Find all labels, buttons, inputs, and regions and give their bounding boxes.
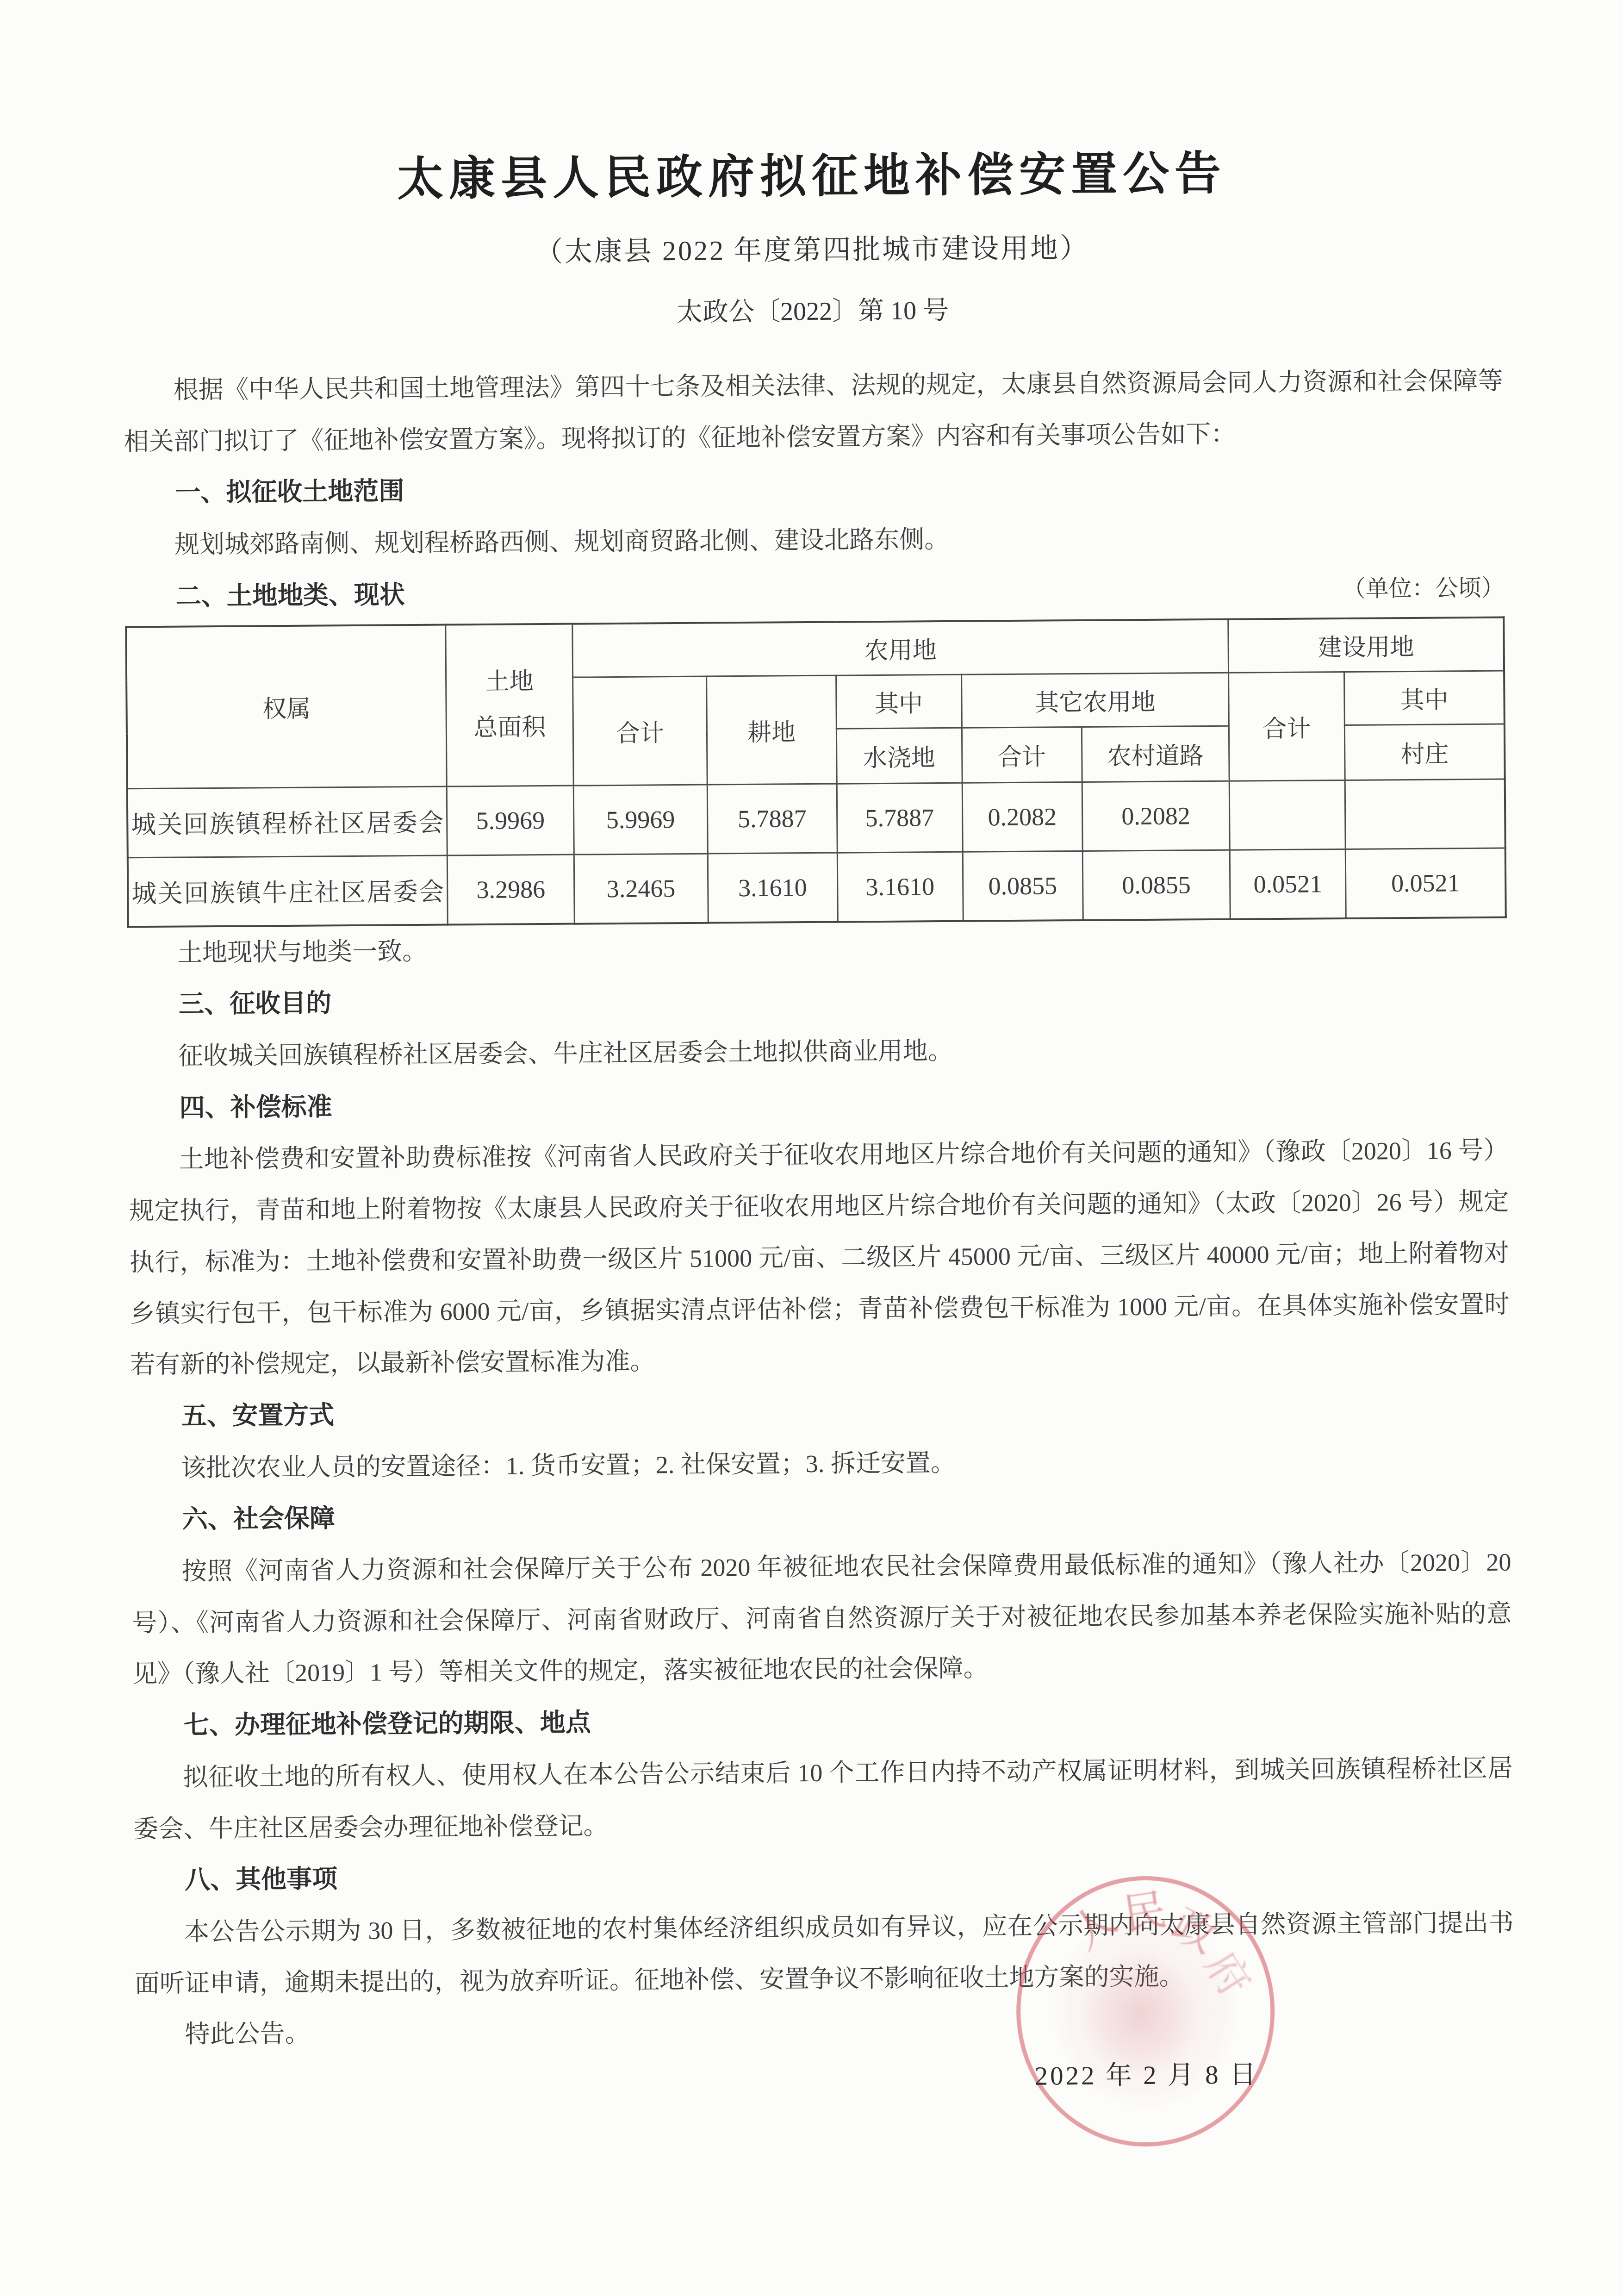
doc-subtitle: （太康县 2022 年度第四批城市建设用地） (122, 223, 1502, 273)
header-other-subtotal: 合计 (962, 727, 1082, 783)
header-among-construction: 其中 (1344, 671, 1505, 725)
header-rural-road: 农村道路 (1082, 726, 1229, 782)
section-7-heading: 七、办理征地补偿登记的期限、地点 (133, 1691, 1513, 1753)
section-6-body: 按照《河南省人力资源和社会保障厅关于公布 2020 年被征地农民社会保障费用最低… (131, 1537, 1512, 1700)
cell-value: 0.0855 (963, 851, 1083, 921)
closing-line: 特此公告。 (135, 2000, 1515, 2060)
table-row: 城关回族镇程桥社区居委会 5.9969 5.9969 5.7887 5.7887… (127, 779, 1505, 858)
cell-value (1345, 779, 1505, 849)
section-3-body: 征收城关回族镇程桥社区居委会、牛庄社区居委会土地拟供商业用地。 (128, 1022, 1508, 1082)
land-class-table: 权属 土地 总面积 农用地 建设用地 合计 耕地 其中 其它农用地 合计 其中 … (125, 616, 1506, 928)
cell-value: 0.2082 (1082, 781, 1230, 851)
table-unit-note: （单位：公顷） (1343, 569, 1505, 603)
doc-number: 太政公〔2022〕第 10 号 (123, 286, 1502, 333)
header-total-area: 土地 总面积 (446, 624, 573, 786)
cell-value: 0.0855 (1082, 850, 1231, 920)
announcement-page: 太康县人民政府拟征地补偿安置公告 （太康县 2022 年度第四批城市建设用地） … (0, 0, 1623, 2296)
section-8-body: 本公告公示期为 30 日，多数被征地的农村集体经济组织成员如有异议，应在公示期内… (134, 1897, 1514, 2009)
cell-value: 5.9969 (447, 786, 574, 855)
section-4-heading: 四、补偿标准 (128, 1073, 1508, 1135)
cell-value: 3.2986 (447, 855, 574, 924)
header-ownership: 权属 (126, 624, 447, 788)
section-3-heading: 三、征收目的 (128, 969, 1508, 1031)
cell-value: 3.2465 (574, 854, 708, 924)
header-total-area-line1: 土地 (449, 659, 570, 705)
header-total-area-line2: 总面积 (450, 705, 570, 751)
header-among-farmland: 其中 (836, 674, 962, 729)
section-2-heading: 二、土地地类、现状 (124, 569, 405, 623)
cell-value: 0.0521 (1345, 848, 1505, 918)
section-6-heading: 六、社会保障 (131, 1485, 1511, 1547)
section-7-body: 拟征收土地的所有权人、使用权人在本公告公示结束后 10 个工作日内持不动产权属证… (133, 1742, 1513, 1854)
table-row: 城关回族镇牛庄社区居委会 3.2986 3.2465 3.1610 3.1610… (128, 848, 1506, 927)
table-header-row-1: 权属 土地 总面积 农用地 建设用地 (126, 617, 1504, 680)
section-4-body: 土地补偿费和安置补助费标准按《河南省人民政府关于征收农用地区片综合地价有关问题的… (129, 1125, 1510, 1391)
cell-value: 5.9969 (573, 785, 708, 855)
header-construction-subtotal: 合计 (1229, 672, 1345, 781)
header-irrigated: 水浇地 (836, 728, 962, 784)
section-8-heading: 八、其他事项 (134, 1845, 1514, 1907)
header-construction-group: 建设用地 (1228, 617, 1504, 673)
cell-value: 5.7887 (837, 783, 963, 853)
issue-date: 2022 年 2 月 8 日 (1003, 2053, 1290, 2093)
section-5-body: 该批次农业人员的安置途径：1. 货币安置；2. 社保安置；3. 拆迁安置。 (131, 1433, 1511, 1494)
section-5-heading: 五、安置方式 (131, 1381, 1511, 1443)
cell-value: 3.1610 (708, 853, 838, 923)
header-farmland-subtotal: 合计 (573, 676, 707, 786)
header-cultivated: 耕地 (706, 675, 836, 785)
cell-value: 0.0521 (1230, 849, 1346, 919)
cell-value (1229, 780, 1345, 850)
row-owner: 城关回族镇牛庄社区居委会 (128, 855, 448, 927)
intro-paragraph: 根据《中华人民共和国土地管理法》第四十七条及相关法律、法规的规定，太康县自然资源… (123, 356, 1503, 468)
section-1-heading: 一、拟征收土地范围 (124, 458, 1504, 520)
section-2-heading-row: 二、土地地类、现状 （单位：公顷） (124, 561, 1505, 623)
section-1-body: 规划城郊路南侧、规划程桥路西侧、规划商贸路北侧、建设北路东侧。 (124, 510, 1505, 571)
document-sheet: 太康县人民政府拟征地补偿安置公告 （太康县 2022 年度第四批城市建设用地） … (122, 134, 1515, 2061)
page-title: 太康县人民政府拟征地补偿安置公告 (122, 134, 1502, 211)
header-farmland-group: 农用地 (572, 619, 1229, 677)
row-owner: 城关回族镇程桥社区居委会 (127, 786, 448, 858)
header-other-farmland: 其它农用地 (961, 673, 1229, 728)
cell-value: 0.2082 (962, 782, 1082, 852)
header-village: 村庄 (1344, 724, 1505, 780)
cell-value: 5.7887 (707, 784, 837, 854)
table-note: 土地现状与地类一致。 (127, 918, 1507, 979)
cell-value: 3.1610 (837, 852, 963, 922)
